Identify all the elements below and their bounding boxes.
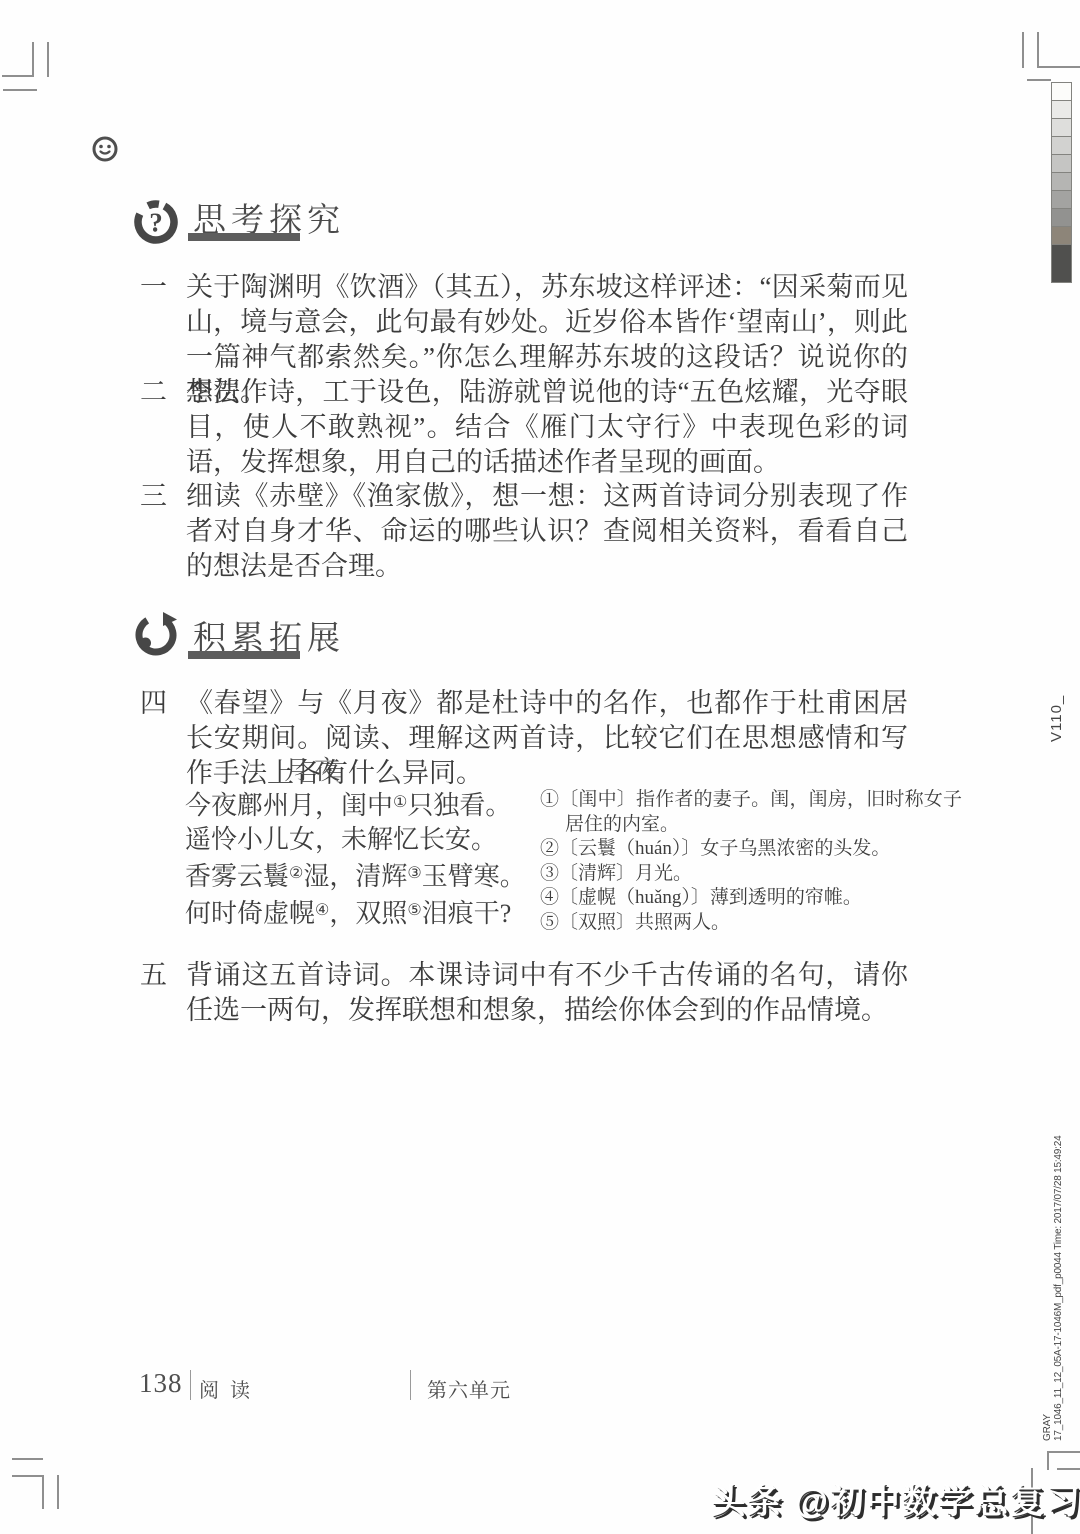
item-text: 细读《赤壁》《渔家傲》，想一想：这两首诗词分别表现了作者对自身才华、命运的哪些认…	[186, 479, 908, 584]
question-circle-icon: ?	[133, 199, 179, 245]
poem-line-4: 何时倚虚幌④，双照⑤泪痕干?	[185, 894, 526, 931]
question-item-2: 二 李贺作诗，工于设色，陆游就曾说他的诗“五色炫耀，光夺眼目，使人不敢熟视”。结…	[140, 375, 908, 480]
footnote-ref: ③	[407, 865, 421, 882]
textbook-page: ? 思考探究 一 关于陶渊明《饮酒》（其五），苏东坡这样评述：“因采菊而见山，境…	[0, 0, 1080, 1534]
grayscale-cell	[1051, 190, 1072, 209]
grayscale-cell	[1051, 172, 1072, 191]
grayscale-cell	[1051, 244, 1072, 283]
page-number: 138	[139, 1368, 183, 1399]
registration-mark	[1027, 79, 1051, 81]
footnote-5: ⑤〔双照〕共照两人。	[540, 911, 962, 936]
footnote-1: ①〔闺中〕指作者的妻子。闺，闺房，旧时称女子居住的内室。	[540, 788, 962, 837]
item-number: 四	[140, 686, 186, 791]
question-item-5: 五 背诵这五首诗词。本课诗词中有不少千古传诵的名句，请你任选一两句，发挥联想和想…	[140, 958, 908, 1028]
grayscale-cell	[1051, 82, 1072, 101]
smiley-icon	[92, 136, 118, 162]
footer-divider	[190, 1370, 191, 1400]
footnote-ref: ⑤	[407, 902, 421, 919]
registration-mark	[42, 1475, 44, 1509]
registration-mark	[1047, 1451, 1080, 1453]
circular-arrow-icon	[133, 611, 179, 657]
registration-mark	[32, 42, 34, 77]
footnotes-column: ①〔闺中〕指作者的妻子。闺，闺房，旧时称女子居住的内室。 ②〔云鬟（huán）〕…	[540, 788, 962, 935]
item-text: 李贺作诗，工于设色，陆游就曾说他的诗“五色炫耀，光夺眼目，使人不敢熟视”。结合《…	[186, 375, 908, 480]
grayscale-cell	[1051, 226, 1072, 245]
footnote-3: ③〔清辉〕月光。	[540, 862, 962, 887]
footnote-2: ②〔云鬟（huán）〕女子乌黑浓密的头发。	[540, 837, 962, 862]
footer-section-label: 阅 读	[199, 1374, 253, 1403]
grayscale-cell	[1051, 118, 1072, 137]
grayscale-cell	[1051, 154, 1072, 173]
item-number: 三	[140, 479, 186, 584]
registration-mark	[1057, 1468, 1080, 1470]
registration-mark	[47, 42, 49, 77]
side-print-code-block: GRAY 17_1046_11_12_05A-17-1046M_pdf_p004…	[1042, 1136, 1064, 1441]
grayscale-calibration-strip	[1051, 83, 1072, 283]
footnote-4: ④〔虚幌（huǎng）〕薄到透明的帘帷。	[540, 886, 962, 911]
grayscale-cell	[1051, 136, 1072, 155]
footer-divider	[410, 1370, 411, 1400]
grayscale-cell	[1051, 208, 1072, 227]
title-underline-bar	[188, 233, 300, 241]
footnote-ref: ①	[393, 794, 407, 811]
side-code-v110: V110_	[1048, 695, 1065, 742]
item-text: 背诵这五首诗词。本课诗词中有不少千古传诵的名句，请你任选一两句，发挥联想和想象，…	[186, 958, 908, 1028]
item-number: 五	[140, 958, 186, 1028]
registration-mark	[3, 89, 37, 91]
footnote-ref: ②	[289, 865, 303, 882]
registration-mark	[1022, 32, 1024, 68]
poem-line-3: 香雾云鬟②湿，清辉③玉臂寒。	[185, 857, 526, 894]
registration-mark	[1037, 32, 1039, 68]
poem-title: 月夜	[284, 750, 344, 787]
footer-unit-label: 第六单元	[427, 1374, 511, 1403]
registration-mark	[1037, 66, 1080, 68]
poem-line-1: 今夜鄜州月，闺中①只独看。	[185, 786, 526, 823]
item-number: 二	[140, 375, 186, 480]
grayscale-cell	[1051, 100, 1072, 119]
svg-text:?: ?	[149, 208, 163, 238]
poem-body: 今夜鄜州月，闺中①只独看。 遥怜小儿女，未解忆长安。 香雾云鬟②湿，清辉③玉臂寒…	[185, 786, 526, 931]
registration-mark	[12, 1458, 43, 1460]
registration-mark	[1047, 1451, 1049, 1470]
side-print-code: 17_1046_11_12_05A-17-1046M_pdf_p0044 Tim…	[1053, 1136, 1064, 1441]
registration-mark	[2, 75, 34, 77]
registration-mark	[57, 1475, 59, 1509]
title-underline-bar	[188, 651, 300, 659]
watermark: 头条 @初中数学总复习	[711, 1474, 1080, 1523]
question-item-3: 三 细读《赤壁》《渔家傲》，想一想：这两首诗词分别表现了作者对自身才华、命运的哪…	[140, 479, 908, 584]
question-item-4: 四 《春望》与《月夜》都是杜诗中的名作，也都作于杜甫困居长安期间。阅读、理解这两…	[140, 686, 908, 791]
registration-mark	[12, 1475, 43, 1477]
footnote-ref: ④	[315, 902, 329, 919]
side-gray-label: GRAY	[1042, 1136, 1053, 1441]
poem-line-2: 遥怜小儿女，未解忆长安。	[185, 823, 526, 857]
